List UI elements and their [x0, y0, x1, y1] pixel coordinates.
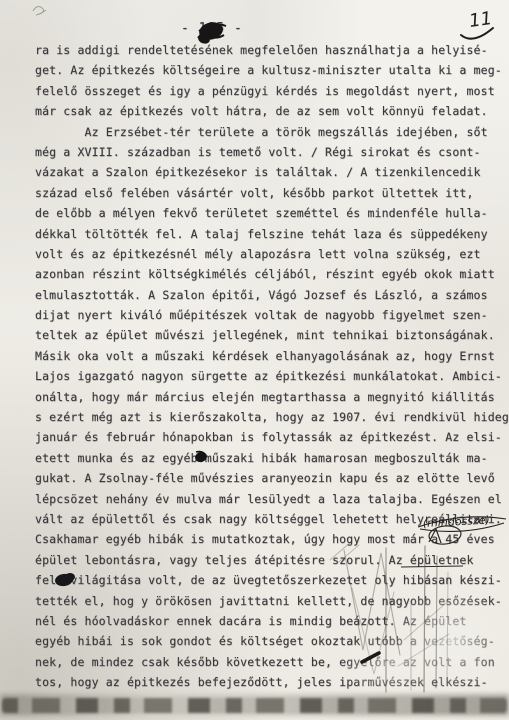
typewritten-text-block: ra is addigi rendeltetésének megfelelően… [35, 40, 505, 693]
page-number-typed: - 185 - [181, 21, 243, 36]
text-line: Másik oka volt a műszaki kérdések elhany… [35, 346, 505, 366]
pencil-squiggle-icon [33, 7, 46, 15]
text-line: lépcsözet nehány év mulva már lesülyedt … [35, 489, 505, 509]
scan-smudge-band [2, 698, 507, 713]
text-line: s ezért még azt is kierőszakolta, hogy a… [35, 407, 505, 427]
text-line: get. Az épitkezés költségeire a kultusz-… [35, 60, 505, 80]
text-line: Az Erzsébet-tér területe a török megszál… [35, 122, 505, 142]
text-line: Lajos igazgató nagyon sürgette az épitke… [35, 366, 505, 386]
text-line: teltek az épület művészi jellegének, min… [35, 325, 505, 345]
text-line: Csakhamar egyéb hibák is mutatkoztak, úg… [35, 529, 505, 549]
text-line: tos, hogy az épitkezés befejeződött, jel… [35, 672, 505, 692]
text-line: gukat. A Zsolnay-féle művészies aranyeoz… [35, 468, 505, 488]
scanned-document-page: - 185 - ra is addigi rendeltetésének meg… [0, 0, 509, 720]
text-line: vált az épülettől és csak nagy költségge… [35, 509, 505, 529]
corner-number-text: 11 [468, 8, 494, 32]
text-line: azonban részint költségkimélés céljából,… [35, 264, 505, 284]
text-line: dijat nyert kiváló műépitészek voltak de… [35, 305, 505, 325]
text-line: egyéb hibái is sok gondot és költséget o… [35, 631, 505, 651]
text-line: felelő összeget és igy a pénzügyi kérdés… [35, 81, 505, 101]
text-line: dékkal töltötték fel. A talaj felszine t… [35, 224, 505, 244]
text-line: nek, de mindez csak később következett b… [35, 652, 505, 672]
text-line: még a XVIII. században is temető volt. /… [35, 142, 505, 162]
text-line: de előbb a mélyen fekvő területet szemét… [35, 203, 505, 223]
text-line: már csak az épitkezés volt hátra, de az … [35, 101, 505, 121]
text-line: ra is addigi rendeltetésének megfelelően… [35, 40, 505, 60]
text-line: január és február hónapokban is folytass… [35, 427, 505, 447]
text-line: század első felében vásártér volt, későb… [35, 183, 505, 203]
text-line: vázakat a Szalon épitkezésekor is talált… [35, 162, 505, 182]
text-line: épület lebontásra, vagy teljes átépitésr… [35, 550, 505, 570]
handwritten-corner-number: 11 [461, 8, 493, 39]
text-line: nél és hóolvadáskor ennek dacára is mind… [35, 611, 505, 631]
text-line: felsővilágitása volt, de az üvegtetőszer… [35, 570, 505, 590]
text-line: elmulasztották. A Szalon épitői, Vágó Jo… [35, 285, 505, 305]
text-line: etett munka és az egyéb műszaki hibák ha… [35, 448, 505, 468]
text-line: onálta, hogy már március elején megtarth… [35, 387, 505, 407]
text-line: volt és az épitkezésnél mély alapozásra … [35, 244, 505, 264]
text-line: tették el, hog y örökösen javittatni kel… [35, 591, 505, 611]
